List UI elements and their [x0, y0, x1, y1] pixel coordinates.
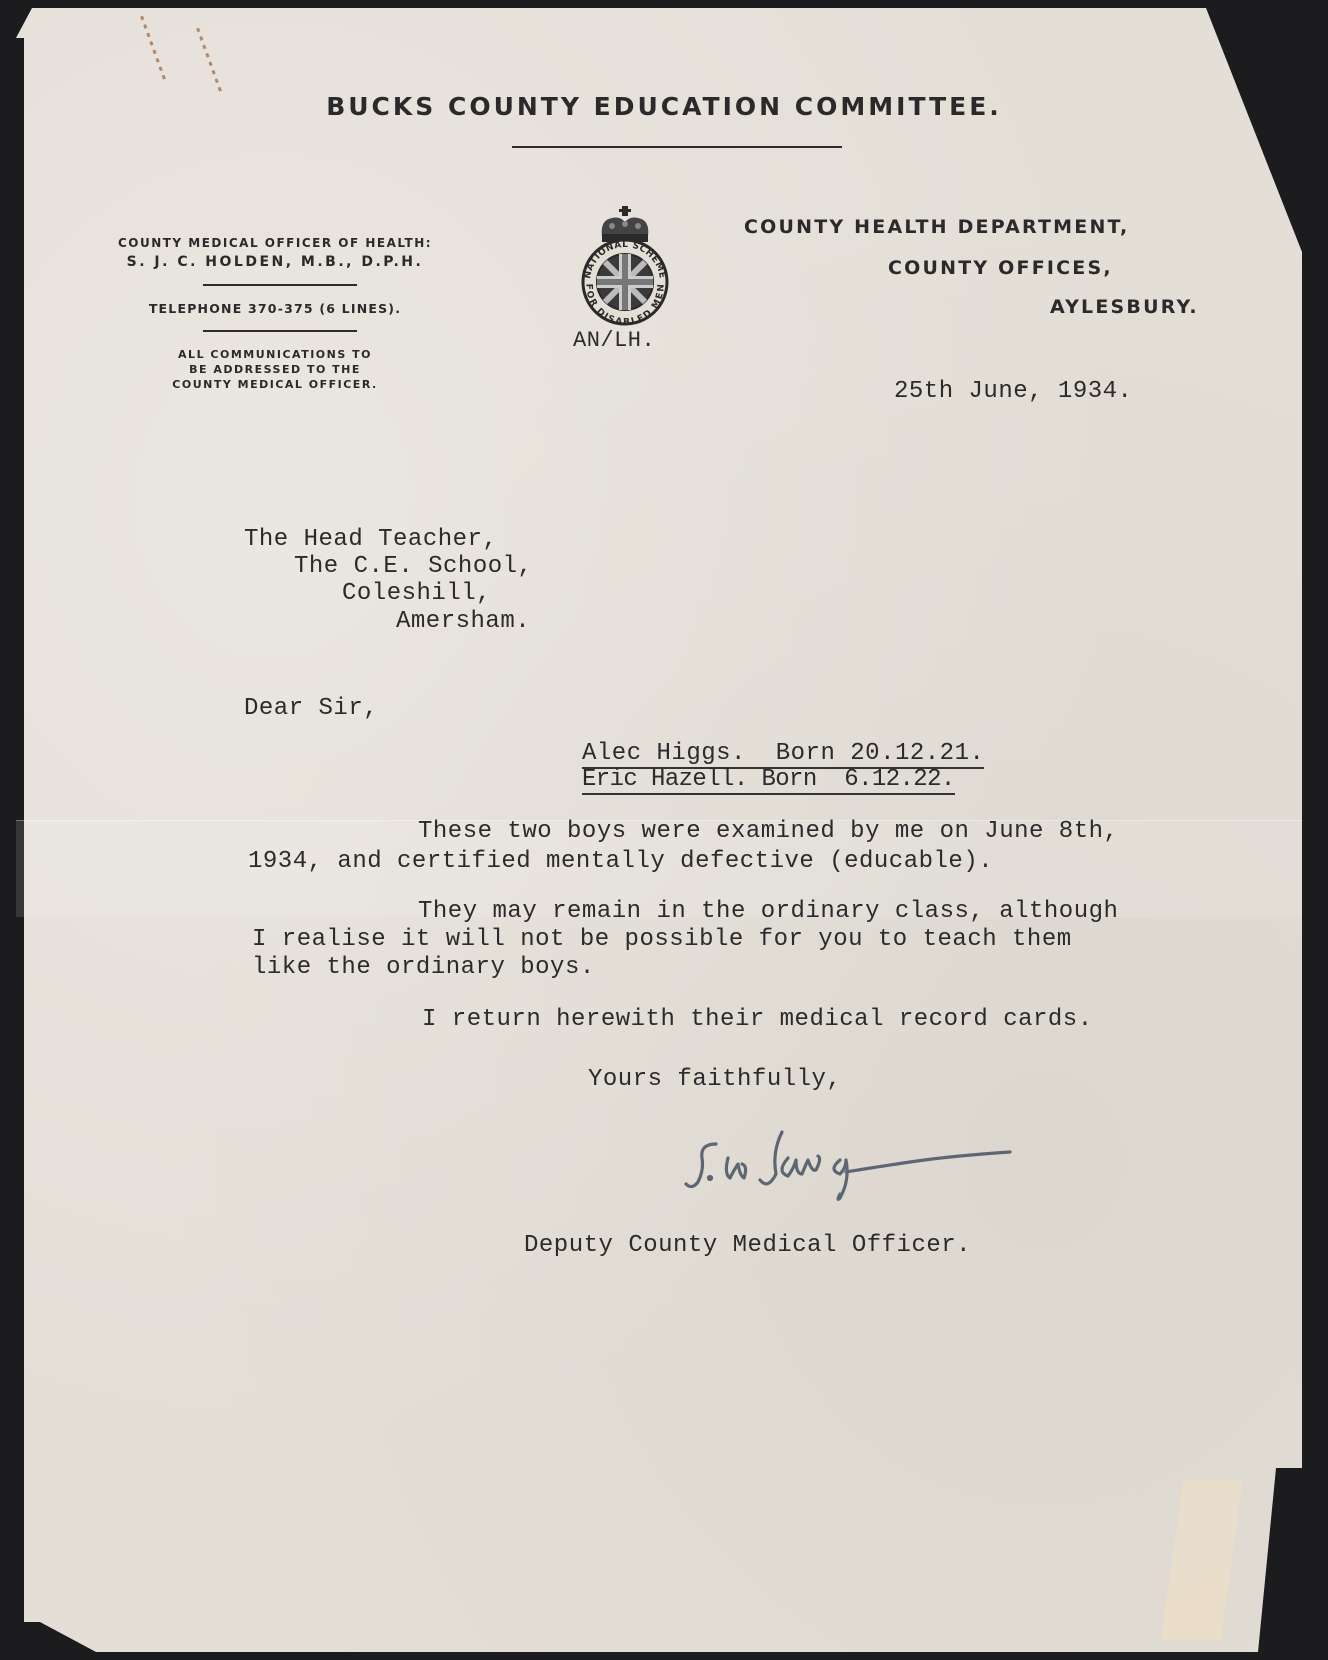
- address-line-3: AYLESBURY.: [1050, 296, 1199, 318]
- officer-name: S. J. C. HOLDEN, M.B., D.P.H.: [110, 254, 440, 270]
- paragraph-2-line-3: like the ordinary boys.: [252, 954, 595, 981]
- paragraph-1-line-1: These two boys were examined by me on Ju…: [418, 818, 1118, 845]
- address-line-2: COUNTY OFFICES,: [888, 257, 1113, 279]
- handwritten-signature: [680, 1124, 1020, 1204]
- paragraph-3-line-1: I return herewith their medical record c…: [422, 1006, 1093, 1033]
- organisation-heading: BUCKS COUNTY EDUCATION COMMITTEE.: [0, 92, 1328, 121]
- paragraph-2-line-2: I realise it will not be possible for yo…: [252, 926, 1072, 953]
- left-divider: [203, 330, 357, 332]
- officer-title: COUNTY MEDICAL OFFICER OF HEALTH:: [110, 236, 440, 250]
- letter-date: 25th June, 1934.: [894, 378, 1132, 405]
- recipient-line-3: Coleshill,: [342, 580, 491, 607]
- heading-divider: [512, 146, 842, 148]
- recipient-line-2: The C.E. School,: [294, 553, 532, 580]
- paragraph-1-line-2: 1934, and certified mentally defective (…: [248, 848, 993, 875]
- address-line-1: COUNTY HEALTH DEPARTMENT,: [744, 216, 1129, 238]
- paragraph-2-line-1: They may remain in the ordinary class, a…: [418, 898, 1118, 925]
- closing: Yours faithfully,: [588, 1066, 841, 1093]
- subject-line-1: Alec Higgs. Born 20.12.21.: [582, 740, 984, 769]
- subject-line-2: Eric Hazell. Born 6.12.22.: [582, 766, 955, 795]
- communications-note-line3: COUNTY MEDICAL OFFICER.: [110, 378, 440, 391]
- recipient-line-1: The Head Teacher,: [244, 526, 497, 553]
- communications-note-line1: ALL COMMUNICATIONS TO: [110, 348, 440, 361]
- crown-union-jack-emblem-icon: NATIONAL SCHEME FOR DISABLED MEN: [578, 204, 674, 330]
- reference-code: AN/LH.: [573, 328, 655, 353]
- left-divider: [203, 284, 357, 286]
- recipient-line-4: Amersham.: [396, 608, 530, 635]
- communications-note-line2: BE ADDRESSED TO THE: [110, 363, 440, 376]
- telephone-number: TELEPHONE 370-375 (6 LINES).: [110, 301, 440, 316]
- salutation: Dear Sir,: [244, 695, 378, 722]
- signatory-title: Deputy County Medical Officer.: [524, 1232, 971, 1259]
